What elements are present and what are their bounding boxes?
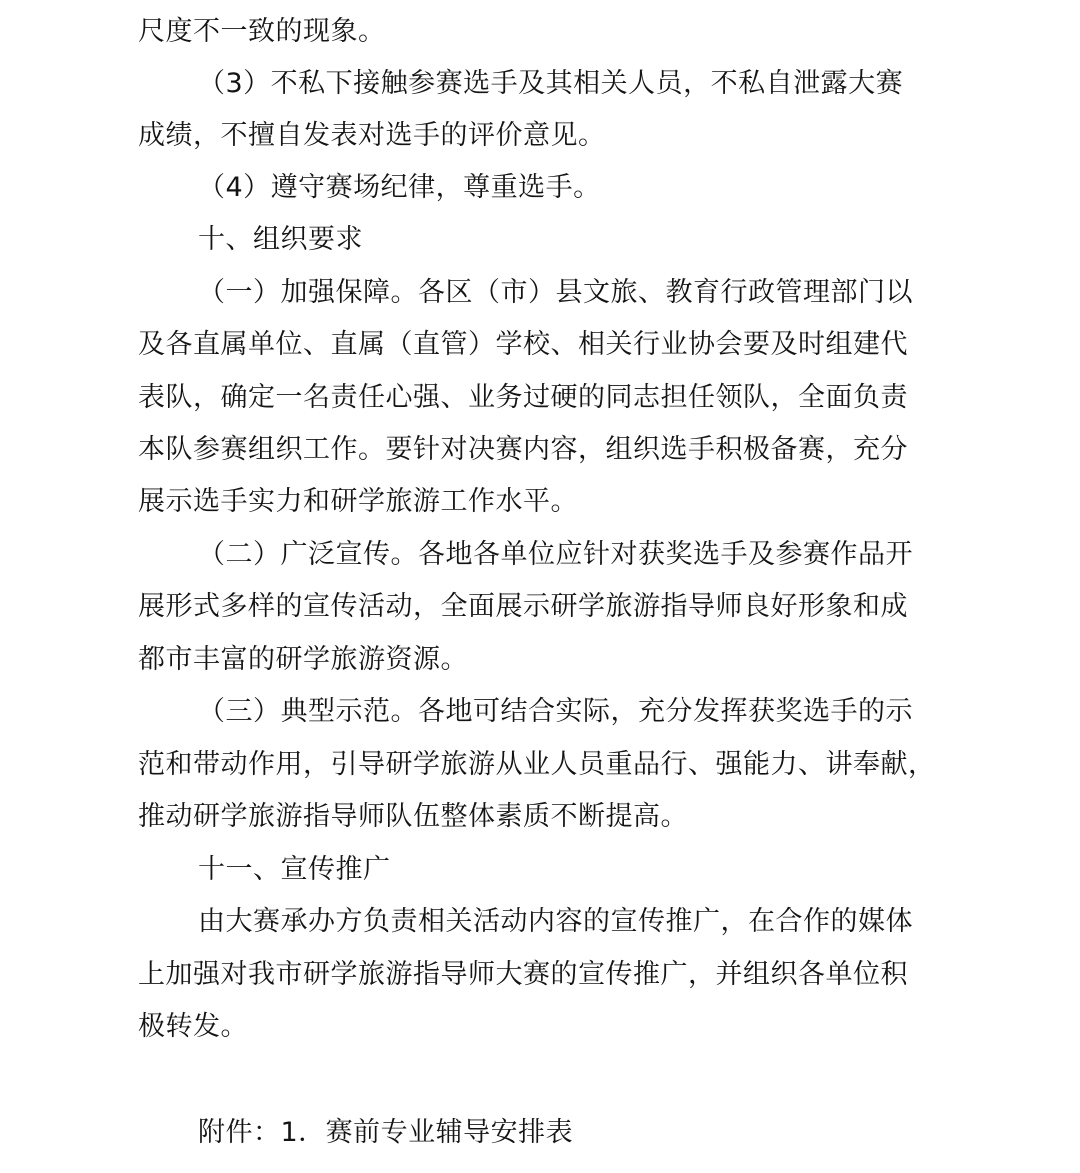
text-line: （3）不私下接触参赛选手及其相关人员，不私自泄露大赛 xyxy=(198,64,1008,104)
document-page: 尺度不一致的现象。 （3）不私下接触参赛选手及其相关人员，不私自泄露大赛 成绩，… xyxy=(0,0,1080,1173)
text-line: 表队，确定一名责任心强、业务过硬的同志担任领队，全面负责 xyxy=(138,378,948,418)
text-line: 本队参赛组织工作。要针对决赛内容，组织选手积极备赛，充分 xyxy=(138,430,948,470)
text-line: （三）典型示范。各地可结合实际，充分发挥获奖选手的示 xyxy=(198,692,1008,732)
text-line: 范和带动作用，引导研学旅游从业人员重品行、强能力、讲奉献， xyxy=(138,745,948,785)
text-line: 尺度不一致的现象。 xyxy=(138,12,948,52)
text-line: 展示选手实力和研学旅游工作水平。 xyxy=(138,482,948,522)
text-line: （一）加强保障。各区（市）县文旅、教育行政管理部门以 xyxy=(198,273,1008,313)
text-line: （4）遵守赛场纪律，尊重选手。 xyxy=(198,168,1008,208)
text-line: 成绩，不擅自发表对选手的评价意见。 xyxy=(138,116,948,156)
text-line: （二）广泛宣传。各地各单位应针对获奖选手及参赛作品开 xyxy=(198,535,1008,575)
section-heading: 十一、宣传推广 xyxy=(198,850,1008,890)
text-line: 都市丰富的研学旅游资源。 xyxy=(138,640,948,680)
text-line: 推动研学旅游指导师队伍整体素质不断提高。 xyxy=(138,797,948,837)
text-line: 展形式多样的宣传活动，全面展示研学旅游指导师良好形象和成 xyxy=(138,587,948,627)
text-line: 及各直属单位、直属（直管）学校、相关行业协会要及时组建代 xyxy=(138,325,948,365)
attachment-line: 附件：1．赛前专业辅导安排表 xyxy=(198,1113,1008,1153)
text-line: 由大赛承办方负责相关活动内容的宣传推广，在合作的媒体 xyxy=(198,902,1008,942)
text-line: 上加强对我市研学旅游指导师大赛的宣传推广，并组织各单位积 xyxy=(138,955,948,995)
section-heading: 十、组织要求 xyxy=(198,220,1008,260)
text-line: 极转发。 xyxy=(138,1007,948,1047)
